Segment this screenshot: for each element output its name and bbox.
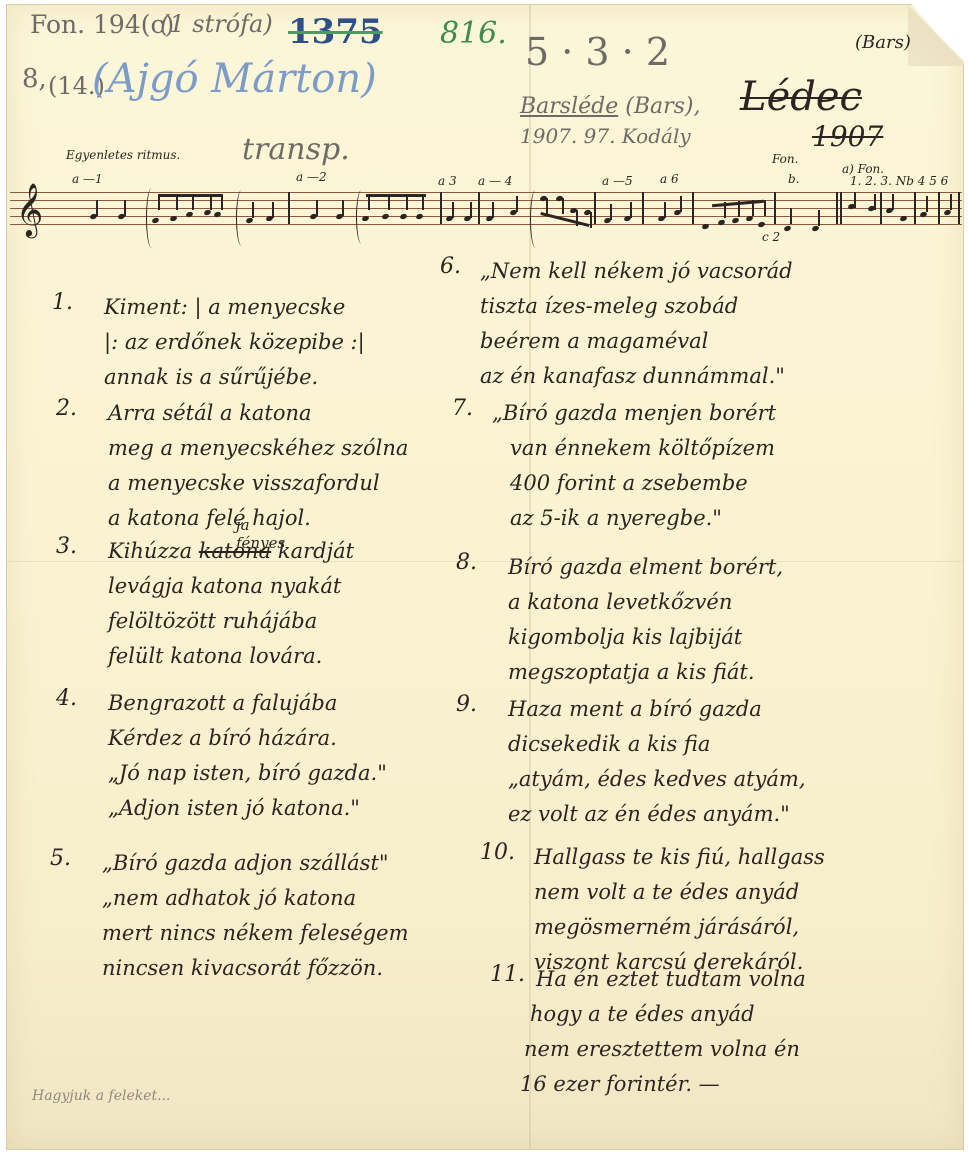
treble-clef-icon: 𝄞 xyxy=(16,182,43,238)
verse-number: 3. xyxy=(56,534,77,559)
verse-line: Kérdez a bíró házára. xyxy=(108,721,387,756)
transposition-note: transp. xyxy=(242,132,350,167)
verse-line: „atyám, édes kedves atyám, xyxy=(508,762,806,797)
verse-line: mert nincs nékem feleségem xyxy=(102,916,409,951)
verse-line: meg a menyecskéhez szólna xyxy=(108,431,408,466)
verse-line: nem volt a te édes anyád xyxy=(534,875,825,910)
phrase-mark: a 3 xyxy=(438,174,457,188)
verse-number: 6. xyxy=(440,254,461,279)
singer-name: (Ajgó Márton) xyxy=(92,56,377,102)
verse-word: Kihúzza xyxy=(108,539,192,563)
verse-line-with-correction: Kihúzza katona kardját xyxy=(108,534,354,569)
location-region: (Bars), xyxy=(625,94,700,119)
strophe-note: (1 strófa) xyxy=(160,10,273,38)
verse-line: dicsekedik a kis fia xyxy=(508,727,806,762)
struck-word: katona xyxy=(199,539,271,563)
verse-number: 9. xyxy=(456,692,477,717)
variant-b-mark: b. xyxy=(788,172,800,186)
verse-line: nincsen kivacsorát főzzön. xyxy=(102,951,409,986)
footer-pencil-note: Hagyjuk a feleket... xyxy=(32,1088,171,1104)
verse-line: „Bíró gazda menjen borért xyxy=(492,396,776,431)
verse-number: 7. xyxy=(452,396,473,421)
verse-line: „Bíró gazda adjon szállást" xyxy=(102,846,409,881)
verse-line: Ha én eztet tudtam volna xyxy=(536,962,806,997)
collection-note: 1907. 97. Kodály xyxy=(520,124,691,148)
verse-line: „Nem kell nékem jó vacsorád xyxy=(480,254,793,289)
catalog-reference: Fon. 194(c) xyxy=(30,10,174,39)
verse-line: az én kanafasz dunnámmal." xyxy=(480,359,793,394)
region-label: (Bars) xyxy=(855,32,911,53)
verse-line: Bengrazott a falujába xyxy=(108,686,387,721)
location-underlined: Barsléde xyxy=(520,94,618,119)
verse-number: 11. xyxy=(490,962,525,987)
folded-corner-shadow xyxy=(908,2,964,66)
verse-number: 2. xyxy=(56,396,77,421)
verse-number: 1. xyxy=(52,290,73,315)
verse-line: az 5-ik a nyeregbe." xyxy=(492,501,776,536)
verse-line: a menyecske visszafordul xyxy=(108,466,408,501)
phrase-mark: a 6 xyxy=(660,172,679,186)
verse-line: annak is a sűrűjébe. xyxy=(104,360,365,395)
verse-word: kardját xyxy=(278,539,354,563)
verse-line: hogy a te édes anyád xyxy=(530,997,806,1032)
verse-line: 400 forint a zsebembe xyxy=(492,466,776,501)
verse-line: a katona levetkőzvén xyxy=(508,585,783,620)
verse-line: 16 ezer forintér. — xyxy=(520,1067,806,1102)
fon-mark: Fon. xyxy=(772,152,798,166)
year: 1907 xyxy=(812,120,883,153)
verse-number: 5. xyxy=(50,846,71,871)
tempo-note: Egyenletes ritmus. xyxy=(66,148,180,162)
verse-line: kigombolja kis lajbiját xyxy=(508,620,783,655)
verse-line: Bíró gazda elment borért, xyxy=(508,550,783,585)
verse-line: van énnekem költőpízem xyxy=(492,431,776,466)
verse-number: 4. xyxy=(56,686,77,711)
verse-line: „Adjon isten jó katona." xyxy=(108,791,387,826)
music-staff: 𝄞 xyxy=(10,192,962,228)
collection-location: Barsléde (Bars), xyxy=(520,94,701,119)
phrase-mark: a —1 xyxy=(72,172,103,186)
verse-line: felöltözött ruhájába xyxy=(108,604,354,639)
verse-line: felült katona lovára. xyxy=(108,639,354,674)
phrase-mark: a —5 xyxy=(602,174,633,188)
verse-line: Arra sétál a katona xyxy=(108,396,408,431)
verse-number: 8. xyxy=(456,550,477,575)
verse-line: „Jó nap isten, bíró gazda." xyxy=(108,756,387,791)
verse-number: 10. xyxy=(480,840,515,865)
phrase-mark: a — 4 xyxy=(478,174,512,188)
phrase-mark: a —2 xyxy=(296,170,327,184)
verse-line: Hallgass te kis fiú, hallgass xyxy=(534,840,825,875)
verse-line: Haza ment a bíró gazda xyxy=(508,692,806,727)
verse-line: beérem a magaméval xyxy=(480,324,793,359)
verse-line: megösmerném járásáról, xyxy=(534,910,825,945)
verse-line: megszoptatja a kis fiát. xyxy=(508,655,783,690)
verse-line: „nem adhatok jó katona xyxy=(102,881,409,916)
verse-line: tiszta ízes-meleg szobád xyxy=(480,289,793,324)
variant-numbers: 1. 2. 3. Nb 4 5 6 xyxy=(850,174,948,188)
village-name: Lédec xyxy=(740,74,862,120)
c2-mark: c 2 xyxy=(762,230,780,244)
struck-catalog-number: 1375 xyxy=(288,12,383,52)
cadence-code: 5 · 3 · 2 xyxy=(525,30,670,74)
green-catalog-number: 816. xyxy=(440,16,507,51)
verse-line: Kiment: | a menyecske xyxy=(104,290,365,325)
verse-line: nem eresztettem volna én xyxy=(524,1032,806,1067)
verse-line: levágja katona nyakát xyxy=(108,569,354,604)
line-prefix: 8, xyxy=(22,64,47,94)
verse-line: |: az erdőnek közepibe :| xyxy=(104,325,365,360)
verse-line: ez volt az én édes anyám." xyxy=(508,797,806,832)
